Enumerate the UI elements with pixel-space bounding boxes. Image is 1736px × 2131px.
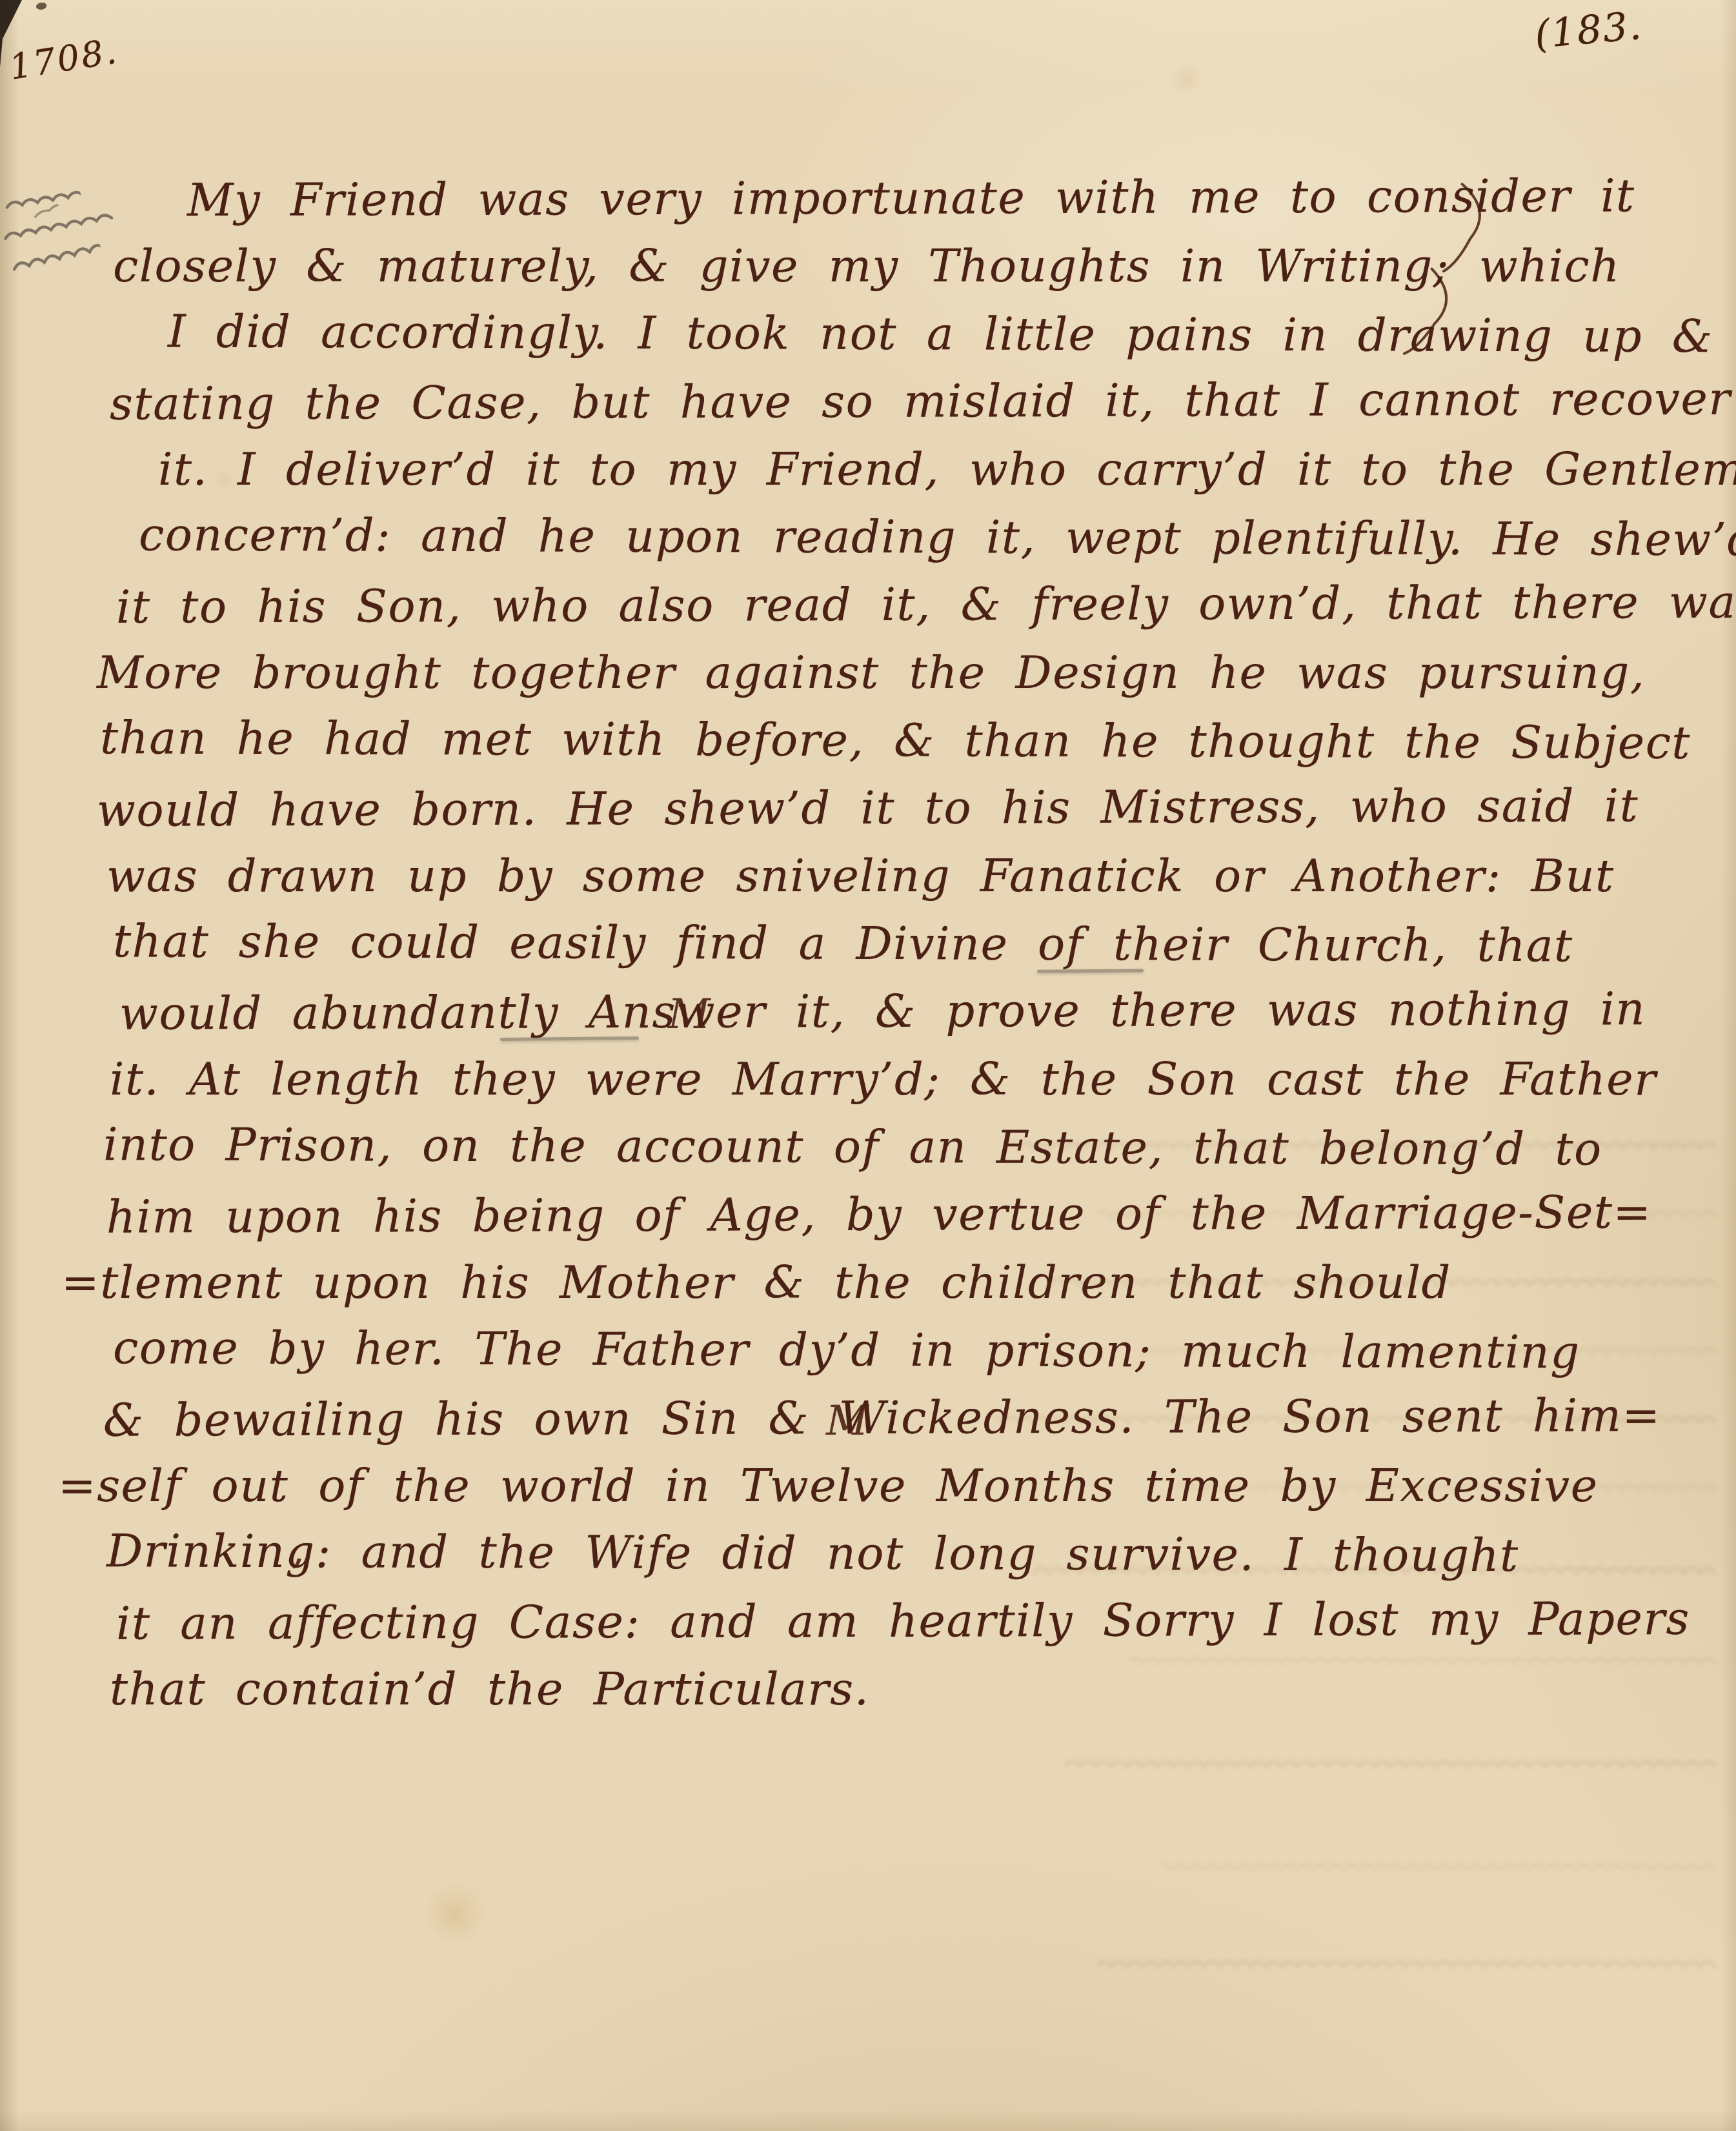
manuscript-line: that she could easily find a Divine of t… [0, 907, 1736, 980]
ink-insertion: M [668, 994, 711, 1035]
verso-showthrough-line [1045, 1274, 1717, 1298]
manuscript-line: it. At length they were Marry’d; & the S… [0, 1045, 1736, 1113]
verso-showthrough-line [1129, 1652, 1717, 1677]
ink-insertion: ’ [290, 1554, 303, 1595]
verso-showthrough-line [1097, 1206, 1717, 1230]
year-annotation: 1708. [6, 30, 121, 88]
manuscript-line: it to his Son, who also read it, & freel… [0, 569, 1736, 641]
manuscript-line: it an affecting Case: and am heartily So… [0, 1585, 1736, 1658]
manuscript-line: it. I deliver’d it to my Friend, who car… [0, 436, 1736, 503]
page-edge-speck [36, 3, 46, 10]
verso-showthrough-line [1162, 1859, 1717, 1883]
verso-showthrough-line [994, 1411, 1717, 1435]
verso-showthrough-line [1136, 1342, 1717, 1367]
manuscript-page: 1708. (183. My Friend was very importuna… [0, 0, 1736, 2131]
page-number: (183. [1533, 3, 1644, 57]
verso-showthrough-line [1175, 1479, 1717, 1504]
manuscript-line: than he had met with before, & than he t… [0, 704, 1736, 777]
verso-showthrough-line [1033, 1562, 1717, 1586]
manuscript-line: I did accordingly. I took not a little p… [0, 298, 1736, 370]
verso-showthrough-line [1007, 1137, 1717, 1162]
verso-showthrough-line [1065, 1755, 1717, 1780]
ink-insertion: M [826, 1400, 869, 1442]
manuscript-line: would abundantly Answer it, & prove ther… [0, 975, 1736, 1048]
manuscript-line: was drawn up by some sniveling Fanatick … [0, 842, 1736, 910]
manuscript-line: stating the Case, but have so mislaid it… [0, 365, 1736, 438]
manuscript-line: concern’d: and he upon reading it, wept … [0, 501, 1736, 574]
manuscript-line: would have born. He shew’d it to his Mis… [0, 772, 1736, 845]
manuscript-line: More brought together against the Design… [0, 639, 1736, 707]
verso-showthrough-line [1097, 1955, 1717, 1980]
